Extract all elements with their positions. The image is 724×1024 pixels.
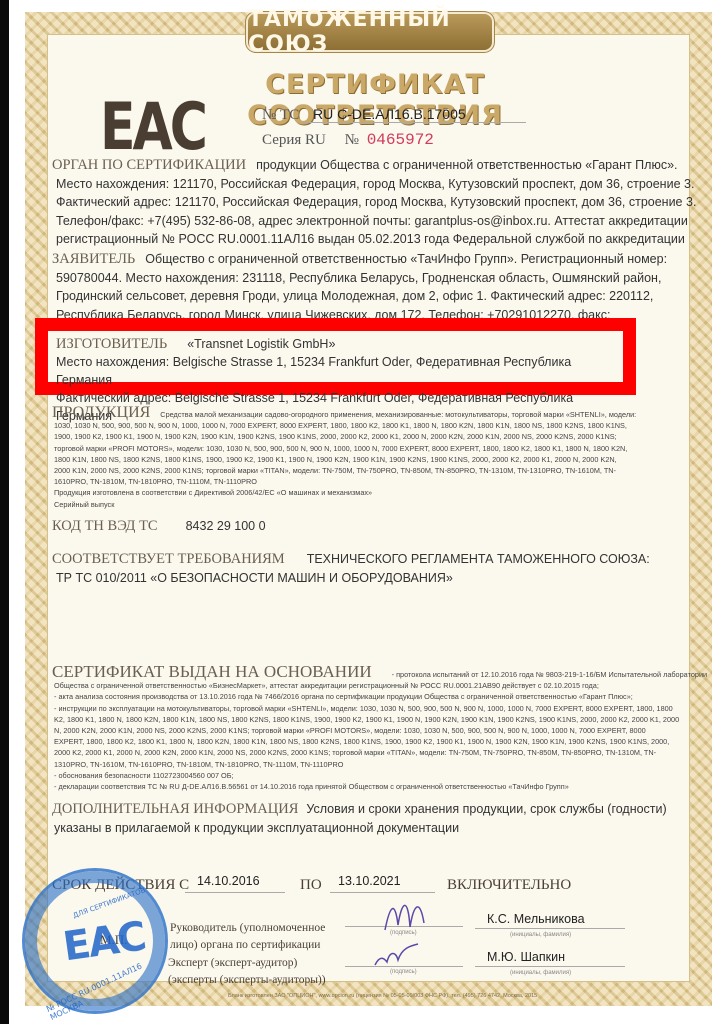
section-line: 590780044. Место нахождения: 231118, Рес… (56, 269, 667, 288)
head-name-caption: (инициалы, фамилия) (510, 932, 571, 938)
head-signature-icon (380, 895, 430, 935)
manufacturer-name: «Transnet Logistik GmbH» (187, 337, 335, 351)
section-line: N, 2000 K2N, 2000 K1N, 2000 NS, 2000 K2N… (54, 725, 707, 736)
section-line: 2000 K1N, 2000 NS, 2000 K2NS, 2000 K1NS;… (54, 465, 636, 476)
section-line: 1310PRO, TN-1610M, TN-1610PRO, TN-1810M,… (54, 759, 707, 770)
head-label-line: лицо) органа по сертификации (170, 937, 325, 954)
hs-code-section: КОД ТН ВЭД ТС8432 29 100 0 (52, 517, 266, 536)
section-line: Место нахождения: 121170, Российская Фед… (56, 175, 696, 194)
certificate-series: Серия RU № 0465972 (262, 131, 434, 149)
section-label: ОРГАН ПО СЕРТИФИКАЦИИ (52, 157, 246, 173)
expert-name-caption: (инициалы, фамилия) (510, 970, 571, 976)
section-text: продукции Общества с ограниченной ответс… (256, 158, 677, 172)
section-line: K2, 1800 K1, 1800 N, 1800 K2N, 1800 K1N,… (54, 714, 707, 725)
section-text: Общество с ограниченной ответственностью… (145, 252, 667, 266)
section-line: 1030, 1030 N, 500, 900, 500 N, 900 N, 10… (54, 420, 636, 431)
section-line: Фактический адрес: 121170, Российская Фе… (56, 193, 696, 212)
validity-from-date: 14.10.2016 (197, 874, 260, 888)
section-line: Серийный выпуск (54, 499, 636, 510)
expert-label-line: (эксперты (эксперты-аудиторы)) (168, 972, 326, 989)
manufacturer-highlight-box: ИЗГОТОВИТЕЛЬ«Transnet Logistik GmbH» Мес… (35, 318, 636, 395)
section-label: ДОПОЛНИТЕЛЬНАЯ ИНФОРМАЦИЯ (52, 801, 298, 817)
number-label: № ТС (262, 107, 299, 123)
section-line: торговой марки «PROFI MOTORS», модели: 1… (54, 443, 636, 454)
section-line: Общества с ограниченной ответственностью… (54, 680, 707, 691)
section-line: 2000 K2, 2000 K1, 2000 N, 2000 K2N, 2000… (54, 747, 707, 758)
section-line: EXPERT, 1800, 1800 K2, 1800 K1, 1800 N, … (54, 736, 707, 747)
product-section: ПРОДУКЦИЯСредства малой механизации садо… (52, 407, 636, 510)
expert-label-line: Эксперт (эксперт-аудитор) (168, 955, 326, 972)
section-line: Продукция изготовлена в соответствии с Д… (54, 487, 636, 498)
section-text: Условия и сроки хранения продукции, срок… (306, 802, 666, 816)
manufacturer-location: Место нахождения: Belgische Strasse 1, 1… (56, 353, 623, 389)
customs-union-badge: ТАМОЖЕННЫЙ СОЮЗ (248, 14, 492, 50)
section-line: - обоснования безопасности 1102723004560… (54, 770, 707, 781)
section-line: регистрационный № РОСС RU.0001.11АЛ16 вы… (56, 230, 696, 249)
section-line: указаны в прилагаемой к продукции эксплу… (52, 819, 667, 838)
official-stamp: ДЛЯ СЕРТИФИКАТОВ EAC № РОСС RU.0001.11АЛ… (22, 868, 168, 1014)
section-line: - инструкции по эксплуатации на мотокуль… (54, 703, 707, 714)
section-text: - протокола испытаний от 12.10.2016 года… (392, 670, 707, 679)
section-label: ПРОДУКЦИЯ (52, 404, 150, 421)
stamp-eac-icon: EAC (60, 914, 147, 971)
section-label: СООТВЕТСТВУЕТ ТРЕБОВАНИЯМ (52, 551, 285, 567)
head-name-line (475, 928, 625, 929)
series-no-label: № (345, 132, 359, 148)
head-label: Руководитель (уполномоченное лицо) орган… (170, 920, 325, 954)
expert-name: М.Ю. Шапкин (487, 950, 565, 964)
conformity-section: СООТВЕТСТВУЕТ ТРЕБОВАНИЯМТЕХНИЧЕСКОГО РЕ… (52, 550, 650, 587)
section-line: 1800 K1N, 1800 NS, 1800 K2NS, 1800 K1NS,… (54, 454, 636, 465)
series-label: Серия RU (262, 132, 326, 148)
validity-to-date: 13.10.2021 (338, 874, 401, 888)
certificate-number: № ТС RU C-DE.АЛ16.В.17005 (262, 106, 526, 124)
section-line: - декларации соответствия ТС № RU Д-DE.А… (54, 781, 707, 792)
validity-inclusive-label: ВКЛЮЧИТЕЛЬНО (447, 877, 571, 894)
section-label: ИЗГОТОВИТЕЛЬ (56, 336, 167, 352)
eac-logo-icon: EAC (100, 90, 205, 165)
section-text: ТЕХНИЧЕСКОГО РЕГЛАМЕНТА ТАМОЖЕННОГО СОЮЗ… (307, 552, 650, 566)
basis-section: СЕРТИФИКАТ ВЫДАН НА ОСНОВАНИИ- протокола… (52, 666, 707, 792)
expert-label: Эксперт (эксперт-аудитор) (эксперты (экс… (168, 955, 326, 989)
underline (185, 892, 285, 893)
validity-to-label: ПО (300, 877, 322, 894)
expert-sign-caption: (подпись) (390, 969, 417, 975)
section-line: - акта анализа состояния производства от… (54, 691, 707, 702)
certification-body-section: ОРГАН ПО СЕРТИФИКАЦИИпродукции Общества … (52, 156, 696, 249)
series-no-value: 0465972 (367, 131, 434, 149)
section-line: Телефон/факс: +7(495) 532-86-08, адрес э… (56, 212, 696, 231)
section-text: Средства малой механизации садово-огород… (160, 410, 636, 419)
head-label-line: Руководитель (уполномоченное (170, 920, 325, 937)
section-line: 1610PRO, TN-1810M, TN-1810PRO, TN-1110M,… (54, 476, 636, 487)
scan-edge (0, 0, 9, 1024)
section-label: КОД ТН ВЭД ТС (52, 518, 158, 534)
additional-info-section: ДОПОЛНИТЕЛЬНАЯ ИНФОРМАЦИЯУсловия и сроки… (52, 800, 667, 837)
number-value: RU C-DE.АЛ16.В.17005 (303, 106, 526, 123)
expert-name-line (475, 966, 625, 967)
section-line: ТР ТС 010/2011 «О БЕЗОПАСНОСТИ МАШИН И О… (52, 569, 650, 588)
applicant-section: ЗАЯВИТЕЛЬОбщество с ограниченной ответст… (52, 250, 667, 324)
underline (330, 892, 435, 893)
head-sign-caption: (подпись) (390, 930, 417, 936)
head-name: К.С. Мельникова (487, 912, 585, 926)
expert-signature-icon (372, 940, 422, 970)
section-line: Гродинский сельсовет, деревня Гроди, ули… (56, 287, 667, 306)
form-footer: Бланк изготовлен ЗАО "ОПЦИОН", www.opcio… (228, 993, 558, 999)
hs-code-value: 8432 29 100 0 (186, 519, 266, 533)
section-label: ЗАЯВИТЕЛЬ (52, 251, 135, 267)
section-label: СЕРТИФИКАТ ВЫДАН НА ОСНОВАНИИ (52, 662, 372, 681)
section-line: 1900, 1900 K2, 1900 K1, 1900 N, 1900 K2N… (54, 431, 636, 442)
